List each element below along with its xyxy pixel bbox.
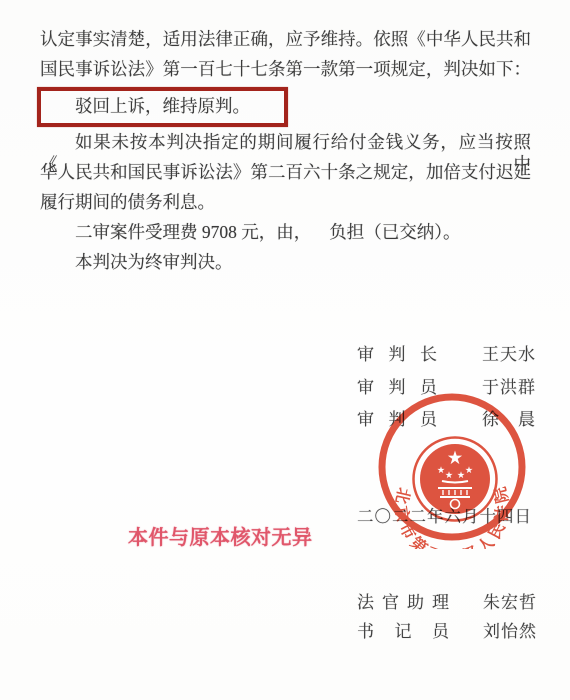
fee-text-prefix: 二审案件受理费 9708 元，由， — [75, 222, 311, 242]
staff-name: 刘怡然 — [483, 622, 536, 642]
body-line-6: 二审案件受理费 9708 元，由，∶负担（已交纳）。 — [40, 221, 531, 244]
body-line-4: 华人民共和国民事诉讼法》第二百六十条之规定，加倍支付迟延 — [40, 161, 531, 183]
verdict-text: 驳回上诉，维持原判。 — [41, 91, 284, 122]
redacted-name: ∶ — [311, 222, 329, 244]
staff-role: 书记员 — [357, 622, 449, 642]
judge-role: 审判长 — [357, 345, 437, 365]
staff-role: 法官助理 — [357, 593, 449, 613]
staff-row-assistant: 法官助理朱宏哲 — [357, 593, 536, 613]
body-line-5: 履行期间的债务利息。 — [40, 191, 531, 213]
staff-row-clerk: 书记员刘怡然 — [357, 622, 536, 642]
verification-stamp-text: 本件与原本核对无异 — [128, 521, 313, 550]
judge-row-presiding: 审判长王天水 — [357, 345, 535, 365]
body-line-2: 国民事诉讼法》第一百七十七条第一款第一项规定，判决如下： — [40, 58, 531, 80]
body-line-1: 认定事实清楚，适用法律正确，应予维持。依照《中华人民共和 — [40, 28, 531, 50]
judgment-page: 认定事实清楚，适用法律正确，应予维持。依照《中华人民共和 国民事诉讼法》第一百七… — [0, 0, 570, 700]
court-seal: 北京市第三中级人民法院 — [370, 385, 534, 549]
fee-text-suffix: 负担（已交纳）。 — [329, 222, 460, 242]
body-line-7: 本判决为终审判决。 — [40, 251, 531, 273]
national-emblem-icon — [414, 438, 497, 521]
verdict-highlight-box: 驳回上诉，维持原判。 — [37, 87, 288, 127]
staff-name: 朱宏哲 — [483, 593, 536, 613]
judge-name: 王天水 — [482, 345, 535, 365]
